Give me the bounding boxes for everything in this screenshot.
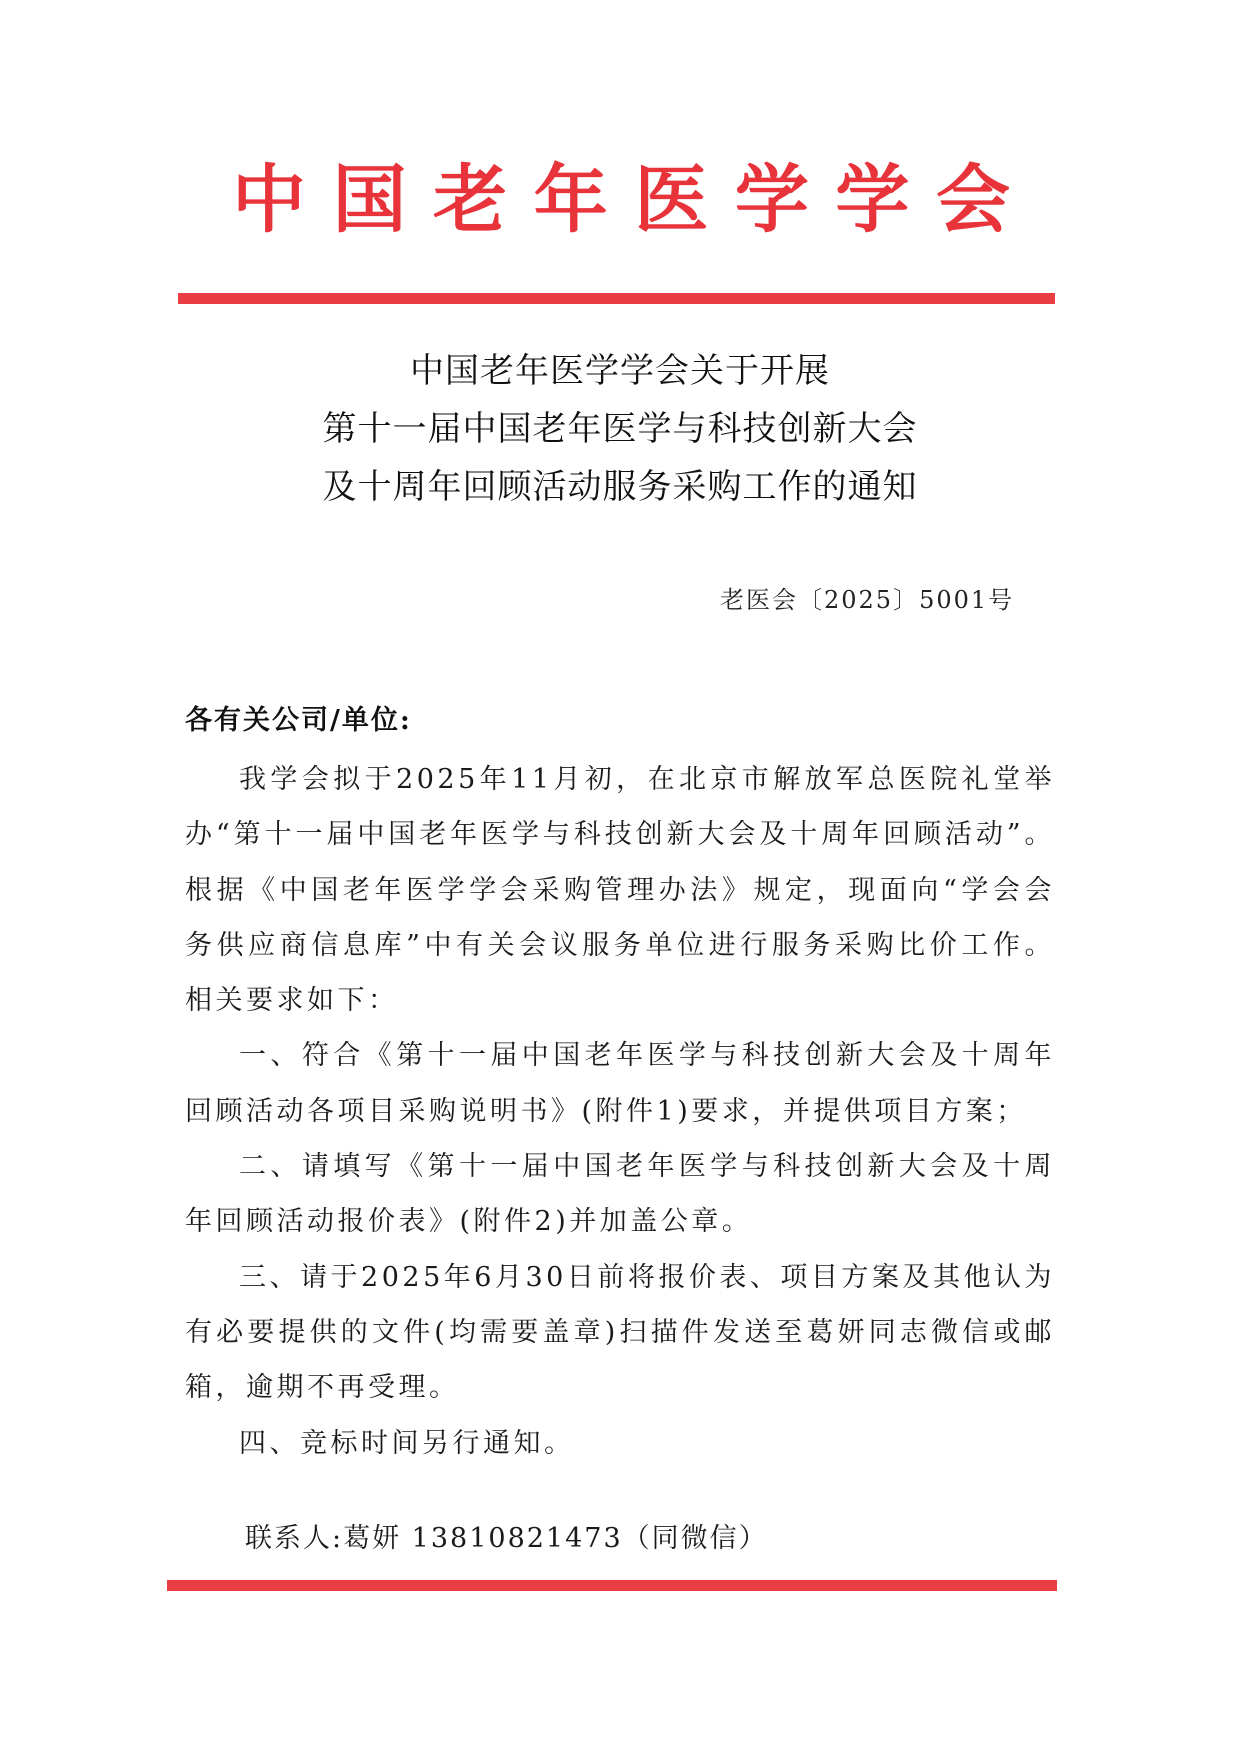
letterhead-char: 年 [534,163,608,237]
letterhead-red-rule [178,293,1055,304]
paragraph-item-3: 三、请于2025年6月30日前将报价表、项目方案及其他认为有必要提供的文件(均需… [185,1250,1055,1416]
salutation: 各有关公司/单位: [185,698,412,737]
letterhead-char: 医 [634,163,708,237]
paragraph-item-4: 四、竞标时间另行通知。 [185,1416,1055,1471]
document-page: 中 国 老 年 医 学 学 会 中国老年医学学会关于开展 第十一届中国老年医学与… [0,0,1240,1755]
letterhead-char: 会 [936,163,1010,237]
title-line-3: 及十周年回顾活动服务采购工作的通知 [0,458,1240,516]
letterhead-char: 国 [333,163,407,237]
letterhead-char: 老 [433,163,507,237]
paragraph-item-2: 二、请填写《第十一届中国老年医学与科技创新大会及十周年回顾活动报价表》(附件2)… [185,1139,1055,1250]
contact-info: 联系人:葛妍 13810821473（同微信） [245,1516,768,1555]
letterhead-char: 中 [232,163,306,237]
letterhead-org-name: 中 国 老 年 医 学 学 会 [180,155,1060,245]
document-title: 中国老年医学学会关于开展 第十一届中国老年医学与科技创新大会 及十周年回顾活动服… [0,342,1240,516]
document-number: 老医会〔2025〕5001号 [720,580,1014,615]
letterhead-char: 学 [835,163,909,237]
paragraph-item-1: 一、符合《第十一届中国老年医学与科技创新大会及十周年回顾活动各项目采购说明书》(… [185,1028,1055,1139]
title-line-2: 第十一届中国老年医学与科技创新大会 [0,400,1240,458]
footer-red-rule [167,1580,1057,1591]
title-line-1: 中国老年医学学会关于开展 [0,342,1240,400]
paragraph-intro: 我学会拟于2025年11月初，在北京市解放军总医院礼堂举办“第十一届中国老年医学… [185,752,1055,1028]
letterhead-char: 学 [735,163,809,237]
body-text: 我学会拟于2025年11月初，在北京市解放军总医院礼堂举办“第十一届中国老年医学… [185,752,1055,1471]
